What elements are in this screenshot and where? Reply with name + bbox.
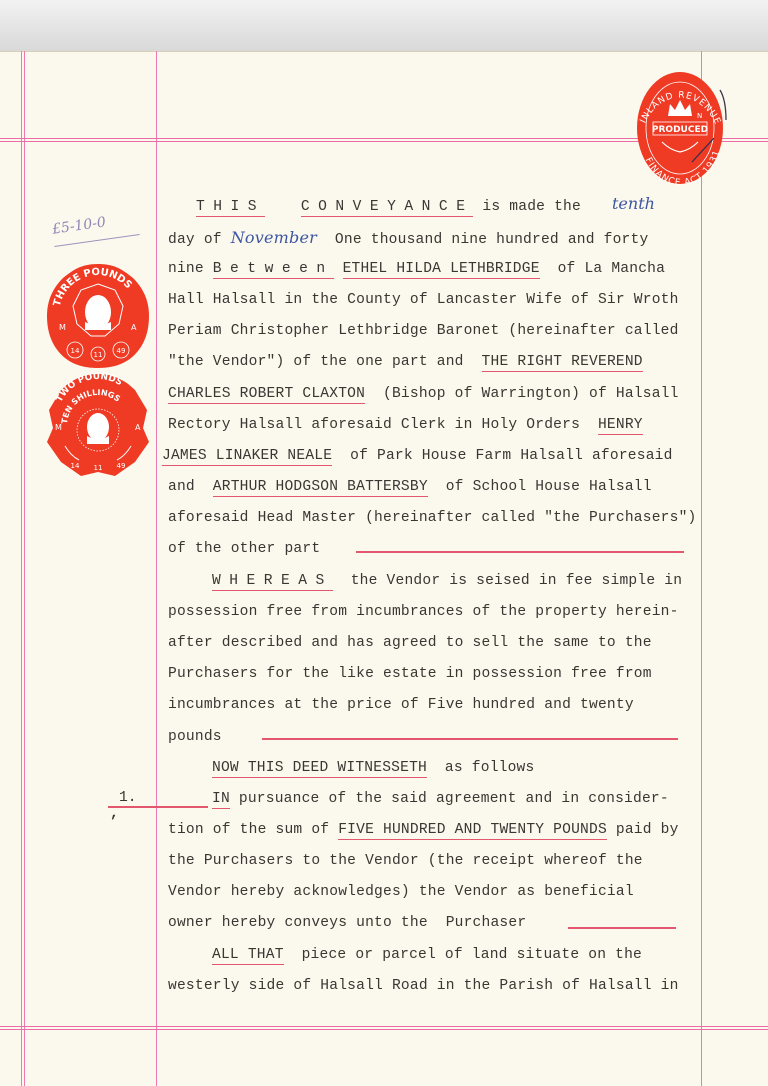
line-26: westerly side of Halsall Road in the Par… (168, 977, 679, 995)
clause-number-rule (108, 806, 208, 808)
all-that-heading: ALL THAT (212, 947, 284, 965)
svg-text:11: 11 (94, 351, 103, 359)
line-14: possession free from incumbrances of the… (168, 603, 679, 621)
svg-text:A: A (135, 423, 141, 432)
svg-text:PRODUCED: PRODUCED (652, 125, 708, 135)
vendor-name: ETHEL HILDA LETHBRIDGE (343, 261, 540, 279)
line-filler-24 (568, 927, 676, 929)
purchaser-3-name: ARTHUR HODGSON BATTERSBY (213, 479, 428, 497)
svg-text:11: 11 (94, 464, 103, 472)
witnesseth-heading: NOW THIS DEED WITNESSETH (212, 760, 427, 778)
clause-number: 1. (119, 790, 137, 806)
three-pounds-duty-stamp: THREE POUNDS M A 14 11 49 (45, 262, 151, 370)
line-25: ALL THAT piece or parcel of land situate… (212, 946, 642, 964)
svg-text:M: M (55, 423, 62, 432)
svg-text:49: 49 (117, 462, 126, 470)
heading-conveyance: CONVEYANCE (301, 199, 474, 217)
line-1: THIS CONVEYANCE is made the (196, 198, 590, 216)
purchaser-1-name: CHARLES ROBERT CLAXTON (168, 386, 365, 404)
purchaser-2-first: HENRY (598, 417, 643, 435)
svg-text:A: A (131, 323, 137, 332)
svg-text:N: N (697, 112, 702, 120)
margin-tick: , (110, 806, 119, 822)
footer-rule-b (0, 1029, 768, 1030)
line-filler-12 (356, 551, 684, 553)
line-9: JAMES LINAKER NEALE of Park House Farm H… (162, 447, 673, 465)
footer-rule-a (0, 1026, 768, 1027)
line-16: Purchasers for the like estate in posses… (168, 665, 652, 683)
margin-rule-text (156, 51, 157, 1086)
whereas-word: WHEREAS (212, 573, 333, 591)
line-17: incumbrances at the price of Five hundre… (168, 696, 634, 714)
line-4: Hall Halsall in the County of Lancaster … (168, 291, 679, 309)
svg-text:14: 14 (71, 347, 80, 355)
line-18: pounds (168, 728, 222, 746)
heading-this: THIS (196, 199, 265, 217)
margin-rule-right (701, 51, 702, 1086)
line-24: owner hereby conveys unto the Purchaser (168, 914, 526, 932)
purchaser-1-title: THE RIGHT REVEREND (482, 354, 643, 372)
line-21: tion of the sum of FIVE HUNDRED AND TWEN… (168, 821, 679, 839)
line-11: aforesaid Head Master (hereinafter calle… (168, 509, 697, 527)
scanner-background (0, 0, 768, 52)
line-filler-18 (262, 738, 678, 740)
line-7: CHARLES ROBERT CLAXTON (Bishop of Warrin… (168, 385, 679, 403)
between-word: Between (213, 261, 334, 279)
purchaser-2-name: JAMES LINAKER NEALE (162, 448, 332, 466)
line-10: and ARTHUR HODGSON BATTERSBY of School H… (168, 478, 652, 496)
line-6: "the Vendor") of the one part and THE RI… (168, 353, 643, 371)
handwritten-day: tenth (612, 194, 655, 213)
line-20: IN pursuance of the said agreement and i… (212, 790, 669, 808)
line-2: day of November One thousand nine hundre… (168, 229, 648, 249)
line-8: Rectory Halsall aforesaid Clerk in Holy … (168, 416, 643, 434)
line-3: nine Between ETHEL HILDA LETHBRIDGE of L… (168, 260, 665, 278)
line-5: Periam Christopher Lethbridge Baronet (h… (168, 322, 679, 340)
margin-rule-left-b (24, 51, 25, 1086)
margin-rule-left-a (21, 51, 22, 1086)
svg-text:M: M (59, 323, 66, 332)
handwritten-month: November (231, 228, 317, 247)
in-word: IN (212, 791, 230, 809)
svg-text:49: 49 (117, 347, 126, 355)
line-22: the Purchasers to the Vendor (the receip… (168, 852, 643, 870)
line-19: NOW THIS DEED WITNESSETH as follows (212, 759, 534, 777)
line-13: WHEREAS the Vendor is seised in fee simp… (212, 572, 682, 590)
line-15: after described and has agreed to sell t… (168, 634, 652, 652)
line-23: Vendor hereby acknowledges) the Vendor a… (168, 883, 634, 901)
consideration-amount: FIVE HUNDRED AND TWENTY POUNDS (338, 822, 607, 840)
svg-text:14: 14 (71, 462, 80, 470)
two-pounds-ten-shillings-duty-stamp: TWO POUNDS TEN SHILLINGS M A 14 11 49 (43, 370, 153, 480)
inland-revenue-produced-stamp: INLAND REVENUE FINANCE ACT 1931 N PRODUC… (622, 70, 740, 188)
line-12: of the other part (168, 540, 320, 558)
